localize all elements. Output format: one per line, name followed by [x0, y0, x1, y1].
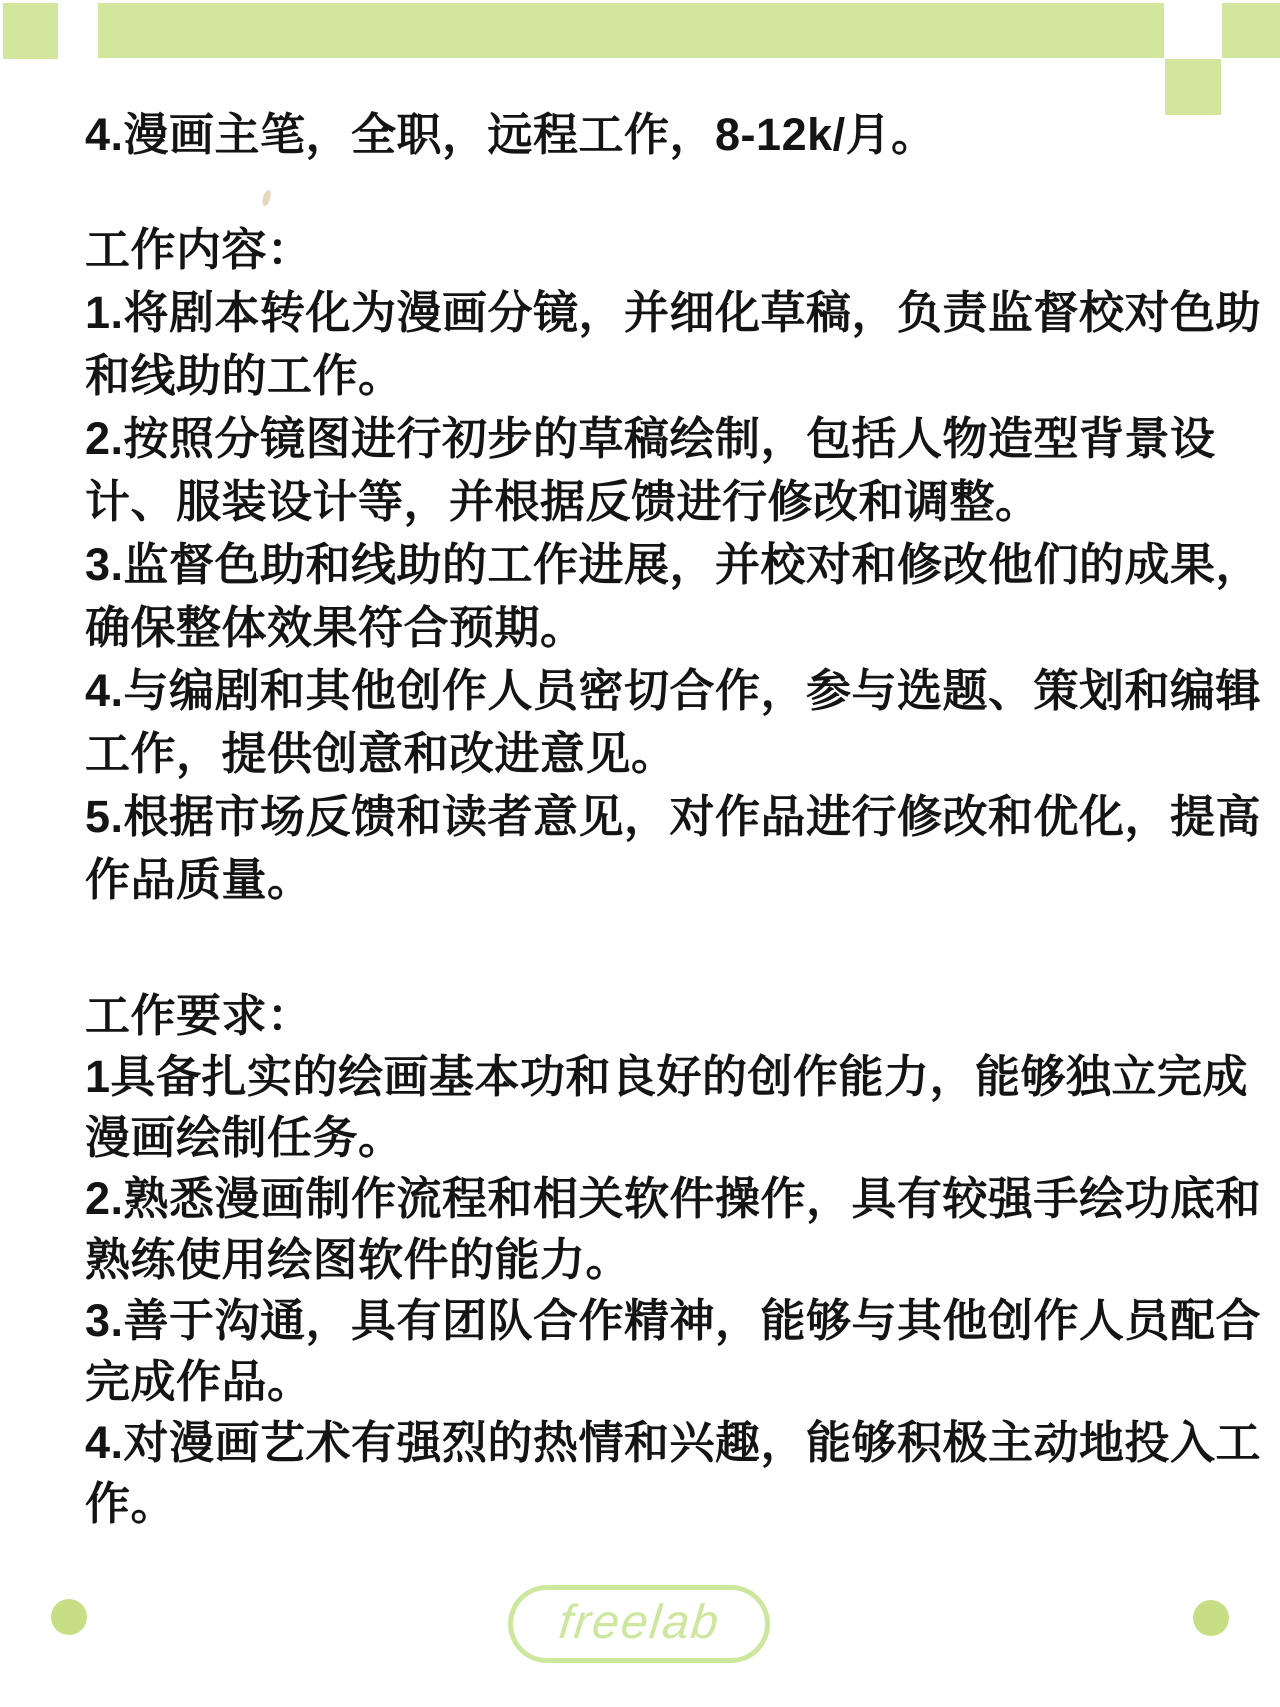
text-line: 2.按照分镜图进行初步的草稿绘制，包括人物造型背景设 [85, 407, 1261, 470]
accent-square-top-left [3, 3, 58, 59]
text-line: 1.将剧本转化为漫画分镜，并细化草稿，负责监督校对色助 [85, 281, 1261, 344]
text-line: 完成作品。 [85, 1351, 1261, 1412]
text-line: 2.熟悉漫画制作流程和相关软件操作，具有较强手绘功底和 [85, 1168, 1261, 1229]
spacer [85, 166, 1261, 218]
text-line: 确保整体效果符合预期。 [85, 596, 1261, 659]
text-line: 4.对漫画艺术有强烈的热情和兴趣，能够积极主动地投入工 [85, 1412, 1261, 1473]
text-line: 3.监督色助和线助的工作进展，并校对和修改他们的成果， [85, 533, 1261, 596]
text-line: 工作，提供创意和改进意见。 [85, 722, 1261, 785]
section-job-duties: 工作内容： 1.将剧本转化为漫画分镜，并细化草稿，负责监督校对色助 和线助的工作… [85, 218, 1261, 911]
text-line: 1具备扎实的绘画基本功和良好的创作能力，能够独立完成 [85, 1046, 1261, 1107]
accent-bar-top [98, 3, 1164, 58]
accent-square-top-right-corner [1222, 3, 1280, 58]
job-title: 4.漫画主笔，全职，远程工作，8-12k/月。 [85, 104, 1261, 166]
text-line: 4.与编剧和其他创作人员密切合作，参与选题、策划和编辑 [85, 659, 1261, 722]
spacer [85, 911, 1261, 985]
section-job-requirements: 工作要求： 1具备扎实的绘画基本功和良好的创作能力，能够独立完成 漫画绘制任务。… [85, 985, 1261, 1534]
text-line: 漫画绘制任务。 [85, 1107, 1261, 1168]
section-heading: 工作内容： [85, 218, 1261, 281]
accent-dot-bottom-right [1193, 1600, 1229, 1636]
job-description: 4.漫画主笔，全职，远程工作，8-12k/月。 工作内容： 1.将剧本转化为漫画… [85, 104, 1261, 1534]
freelab-logo-text: freelab [556, 1595, 723, 1654]
text-line: 5.根据市场反馈和读者意见，对作品进行修改和优化，提高 [85, 785, 1261, 848]
text-line: 和线助的工作。 [85, 344, 1261, 407]
text-line: 作品质量。 [85, 848, 1261, 911]
text-line: 熟练使用绘图软件的能力。 [85, 1229, 1261, 1290]
freelab-logo: freelab [508, 1585, 770, 1663]
accent-dot-bottom-left [51, 1599, 87, 1635]
text-line: 3.善于沟通，具有团队合作精神，能够与其他创作人员配合 [85, 1290, 1261, 1351]
text-line: 计、服装设计等，并根据反馈进行修改和调整。 [85, 470, 1261, 533]
text-line: 作。 [85, 1473, 1261, 1534]
section-heading: 工作要求： [85, 985, 1261, 1046]
